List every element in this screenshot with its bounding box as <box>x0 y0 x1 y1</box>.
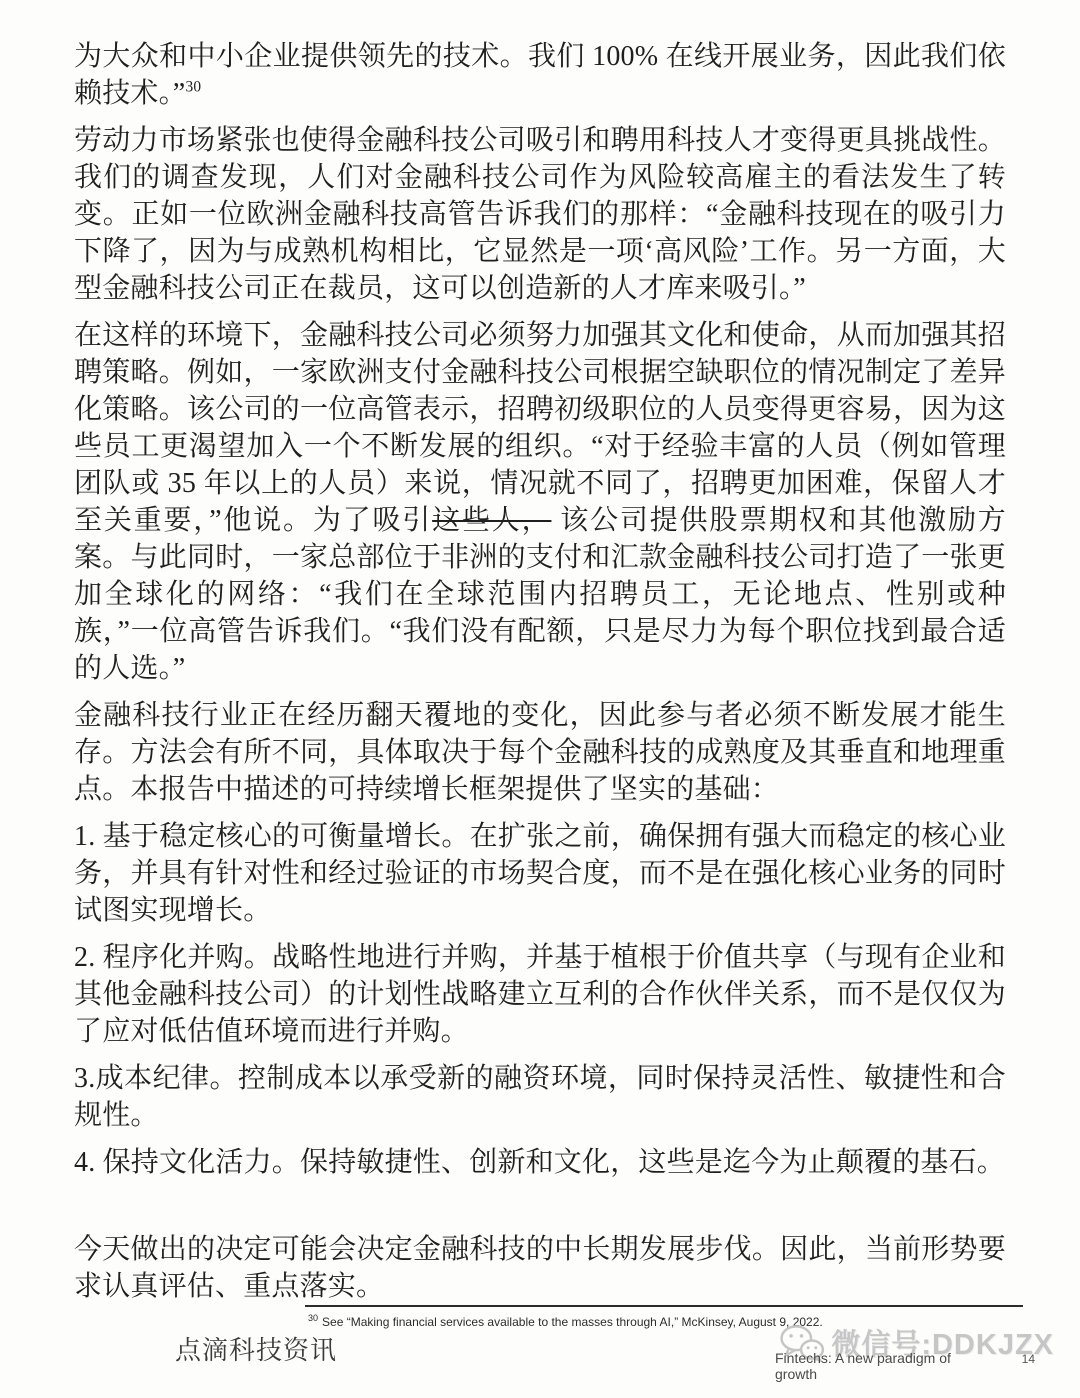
footnote-number: 30 <box>308 1313 318 1323</box>
footnote-ref-marker: 30 <box>185 79 201 96</box>
footnote-text: See “Making financial services available… <box>322 1315 823 1329</box>
list-item-4: 4. 保持文化活力。保持敏捷性、创新和文化，这些是迄今为止颠覆的基石。 <box>74 1144 1006 1181</box>
blank-line-spacer <box>74 1191 1006 1231</box>
report-title: Fintechs: A new paradigm of growth <box>775 1350 980 1382</box>
paragraph-text-before: 在这样的环境下，金融科技公司必须努力加强其文化和使命，从而加强其招聘策略。例如，… <box>74 320 1006 536</box>
footer-title-row: Fintechs: A new paradigm of growth 14 <box>775 1350 1035 1382</box>
list-item-3: 3.成本纪律。控制成本以承受新的融资环境，同时保持灵活性、敏捷性和合规性。 <box>74 1060 1006 1134</box>
paragraph-text: 为大众和中小企业提供领先的技术。我们 100% 在线开展业务，因此我们依赖技术。… <box>74 41 1006 109</box>
strikethrough-text: 这些人， <box>432 505 551 536</box>
document-page: 为大众和中小企业提供领先的技术。我们 100% 在线开展业务，因此我们依赖技术。… <box>0 0 1080 1398</box>
paragraph-industry-change: 金融科技行业正在经历翻天覆地的变化，因此参与者必须不断发展才能生存。方法会有所不… <box>74 697 1006 808</box>
paragraph-labor-market: 劳动力市场紧张也使得金融科技公司吸引和聘用科技人才变得更具挑战性。我们的调查发现… <box>74 122 1006 307</box>
paragraph-closing: 今天做出的决定可能会决定金融科技的中长期发展步伐。因此，当前形势要求认真评估、重… <box>74 1231 1006 1305</box>
paragraph-culture-hiring: 在这样的环境下，金融科技公司必须努力加强其文化和使命，从而加强其招聘策略。例如，… <box>74 317 1006 687</box>
paragraph-quote-technology: 为大众和中小企业提供领先的技术。我们 100% 在线开展业务，因此我们依赖技术。… <box>74 38 1006 112</box>
footnote-divider-rule <box>305 1305 1023 1307</box>
page-number: 14 <box>1022 1352 1035 1366</box>
footer-brand: 点滴科技资讯 <box>175 1330 337 1367</box>
list-item-2: 2. 程序化并购。战略性地进行并购，并基于植根于价值共享（与现有企业和其他金融科… <box>74 939 1006 1050</box>
page-content: 为大众和中小企业提供领先的技术。我们 100% 在线开展业务，因此我们依赖技术。… <box>74 38 1006 1315</box>
list-item-1: 1. 基于稳定核心的可衡量增长。在扩张之前，确保拥有强大而稳定的核心业务，并具有… <box>74 818 1006 929</box>
